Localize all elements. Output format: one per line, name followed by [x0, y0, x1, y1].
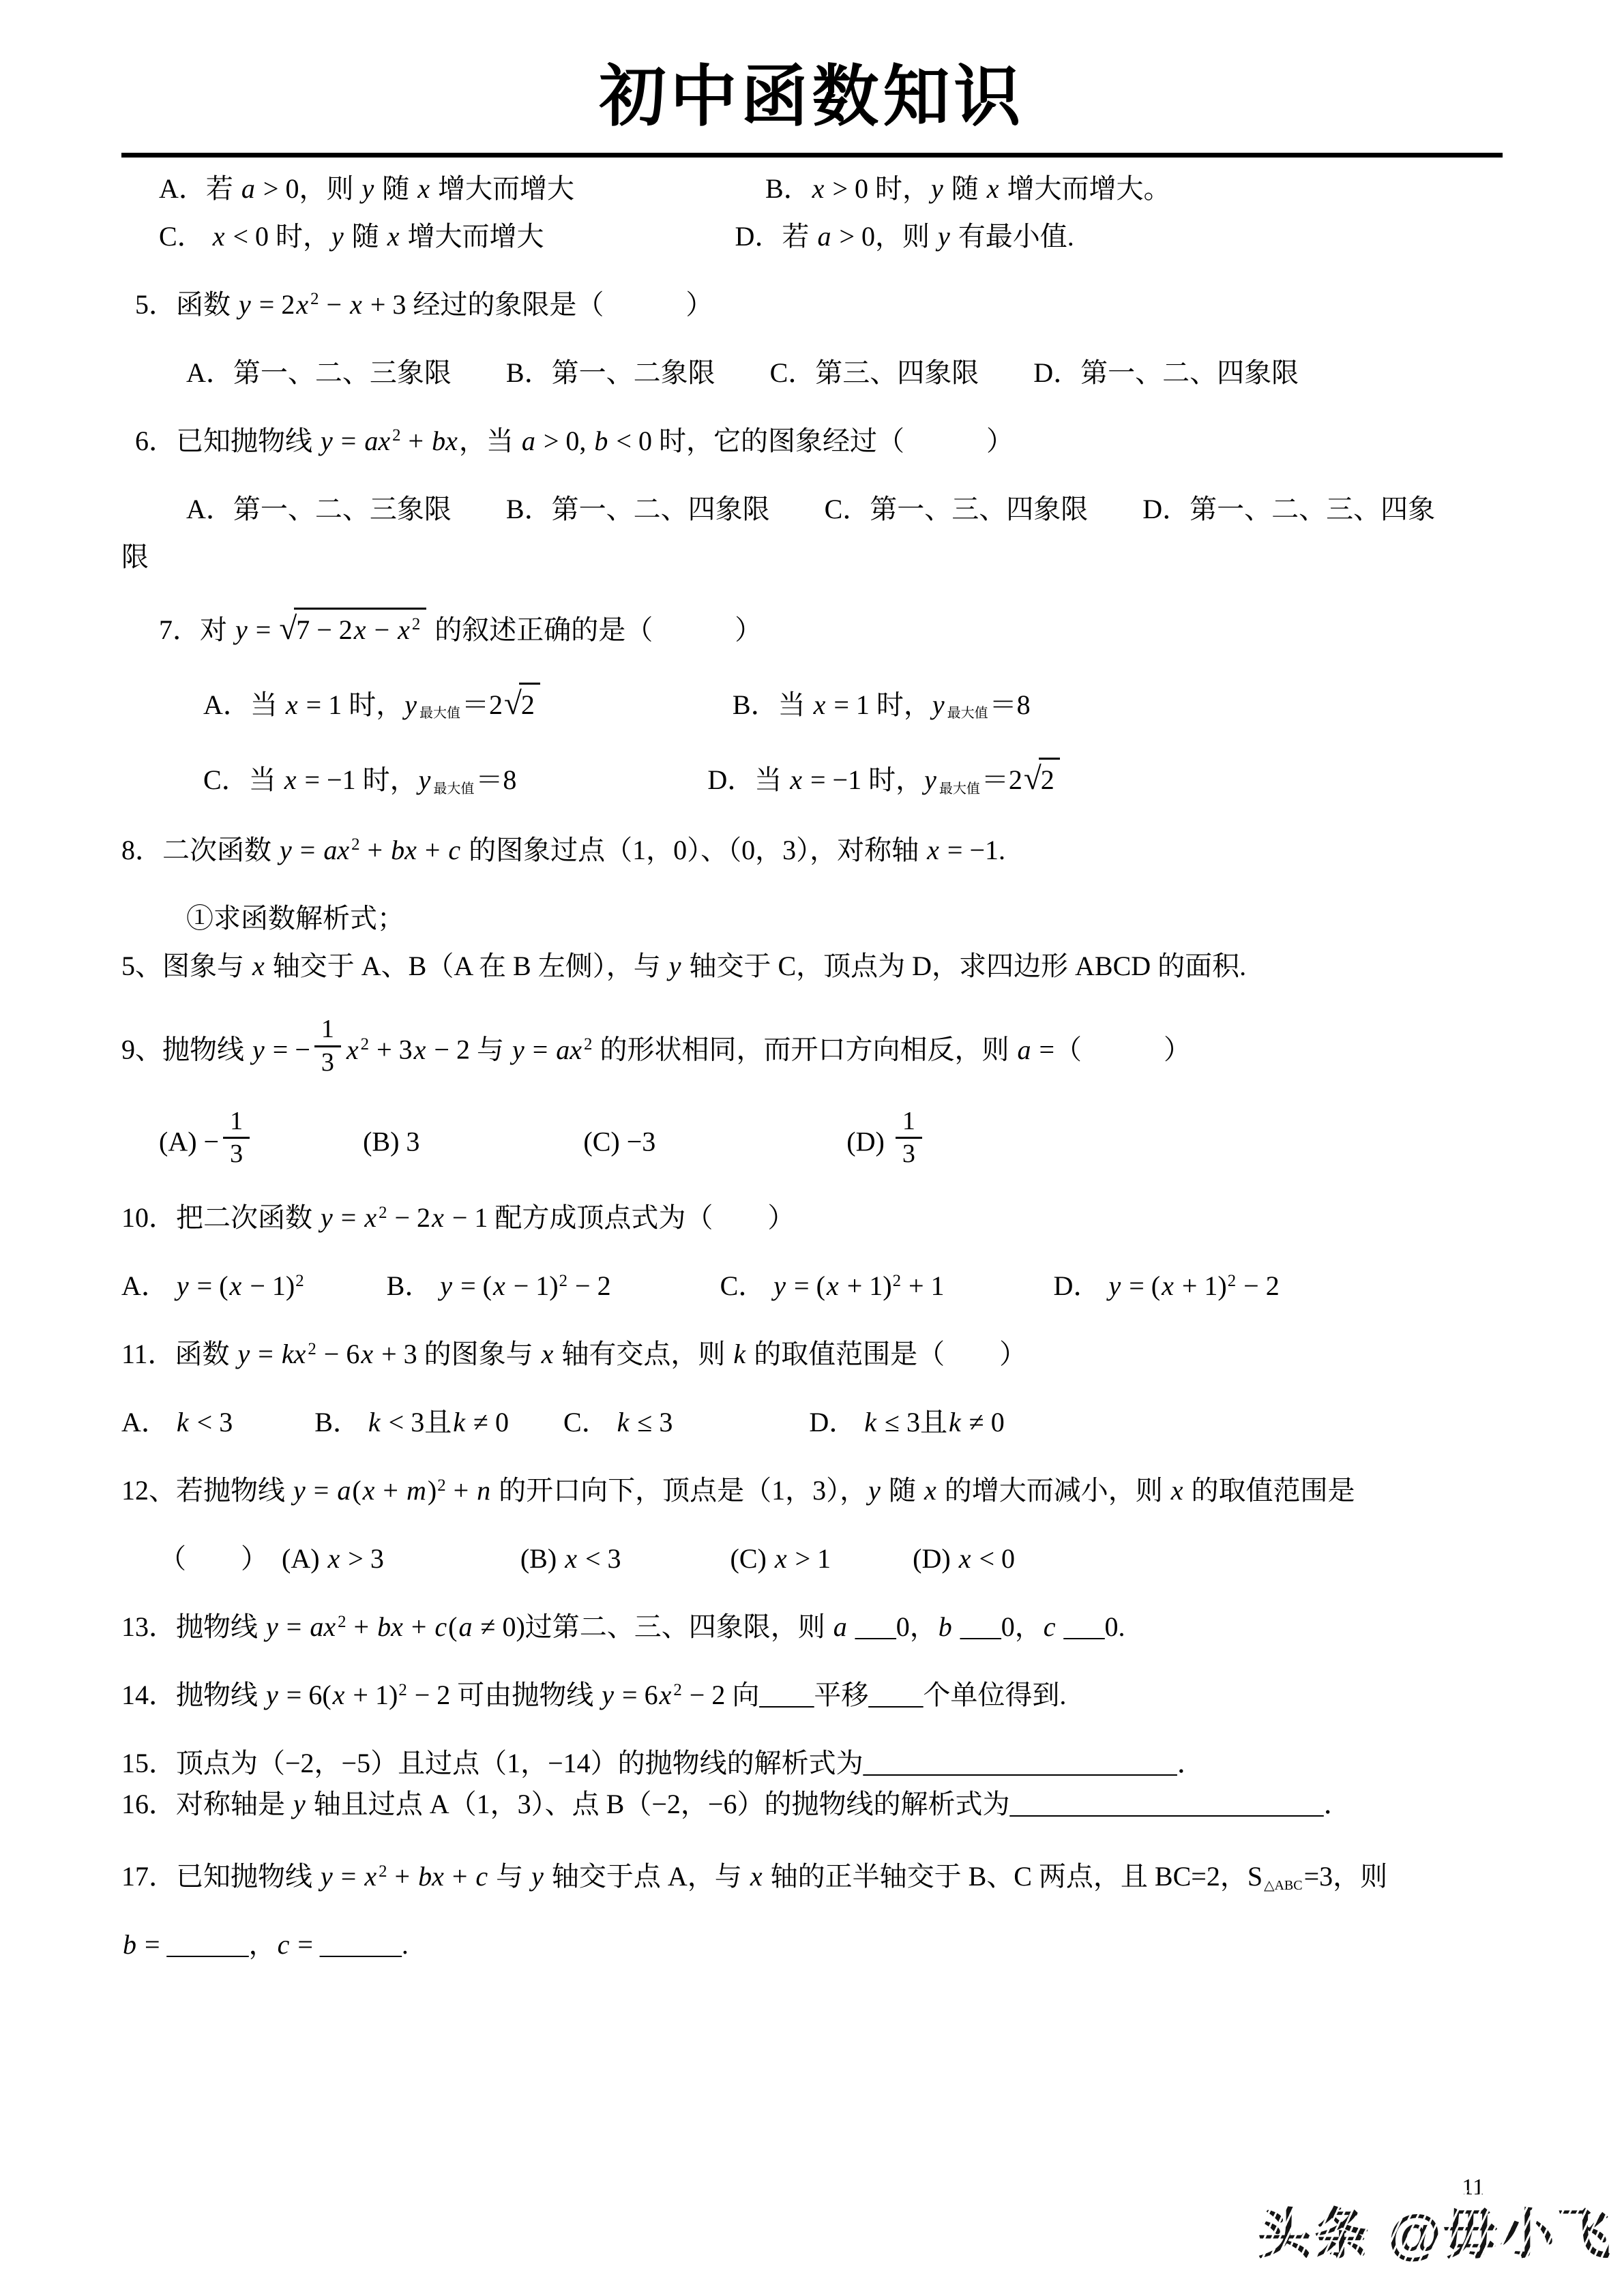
document-line: A．当 x = 1 时，y最大值＝2√2 B．当 x = 1 时，y最大值＝8 — [121, 681, 1503, 726]
title-rule — [121, 153, 1503, 158]
document-body: A．若 a > 0，则 y 随 x 增大而增大 B．x > 0 时，y 随 x … — [121, 170, 1503, 1964]
document-line: 16．对称轴是 y 轴且过点 A（1，3）、点 B（−2，−6）的抛物线的解析式… — [121, 1785, 1503, 1823]
document-line: 14．抛物线 y = 6(x + 1)2 − 2 可由抛物线 y = 6x2 −… — [121, 1676, 1503, 1714]
document-line: 7．对 y = √7 − 2x − x2 的叙述正确的是（ ） — [121, 606, 1503, 651]
document-line: 12、若抛物线 y = a(x + m)2 + n 的开口向下，顶点是（1，3）… — [121, 1472, 1503, 1510]
watermark: 头条 @毋小飞 — [1258, 2190, 1613, 2269]
document-line: 5、图象与 x 轴交于 A、B（A 在 B 左侧），与 y 轴交于 C，顶点为 … — [121, 947, 1503, 985]
document-line: 10．把二次函数 y = x2 − 2x − 1 配方成顶点式为（ ） — [121, 1199, 1503, 1237]
document-line: A．若 a > 0，则 y 随 x 增大而增大 B．x > 0 时，y 随 x … — [121, 170, 1503, 208]
document-line: 6．已知抛物线 y = ax2 + bx，当 a > 0, b < 0 时，它的… — [121, 422, 1503, 460]
document-line: C．当 x = −1 时，y最大值＝8 D．当 x = −1 时，y最大值＝2√… — [121, 756, 1503, 801]
worksheet-page: 初中函数知识 A．若 a > 0，则 y 随 x 增大而增大 B．x > 0 时… — [0, 0, 1624, 2296]
document-line: 15．顶点为（−2，−5）且过点（1，−14）的抛物线的解析式为________… — [121, 1744, 1503, 1783]
document-line: A． y = (x − 1)2 B． y = (x − 1)2 − 2 C． y… — [121, 1267, 1503, 1305]
document-line: A． k < 3 B． k < 3且k ≠ 0 C． k ≤ 3 D． k ≤ … — [121, 1403, 1503, 1442]
document-line: A．第一、二、三象限 B．第一、二象限 C．第三、四象限 D．第一、二、四象限 — [121, 354, 1503, 392]
document-line: (A) −13 (B) 3 (C) −3 (D) 13 — [121, 1107, 1503, 1169]
document-line: 9、抛物线 y = −13x2 + 3x − 2 与 y = ax2 的形状相同… — [121, 1015, 1503, 1077]
page-title: 初中函数知识 — [121, 60, 1503, 134]
document-line: 8．二次函数 y = ax2 + bx + c 的图象过点（1，0）、（0，3）… — [121, 831, 1503, 869]
document-line: ①求函数解析式； — [121, 899, 1503, 938]
document-line: 限 — [121, 538, 1503, 576]
document-line: C． x < 0 时，y 随 x 增大而增大 D．若 a > 0，则 y 有最小… — [121, 218, 1503, 256]
document-line: 11．函数 y = kx2 − 6x + 3 的图象与 x 轴有交点，则 k 的… — [121, 1335, 1503, 1373]
document-line: b = ______，c = ______. — [121, 1926, 1503, 1964]
document-line: 17．已知抛物线 y = x2 + bx + c 与 y 轴交于点 A，与 x … — [121, 1858, 1503, 1896]
document-line: 5．函数 y = 2x2 − x + 3 经过的象限是（ ） — [121, 286, 1503, 324]
document-line: A．第一、二、三象限 B．第一、二、四象限 C．第一、三、四象限 D．第一、二、… — [121, 490, 1503, 528]
document-line: （ ） (A) x > 3 (B) x < 3 (C) x > 1 (D) x … — [121, 1540, 1503, 1578]
document-line: 13．抛物线 y = ax2 + bx + c(a ≠ 0)过第二、三、四象限，… — [121, 1608, 1503, 1646]
